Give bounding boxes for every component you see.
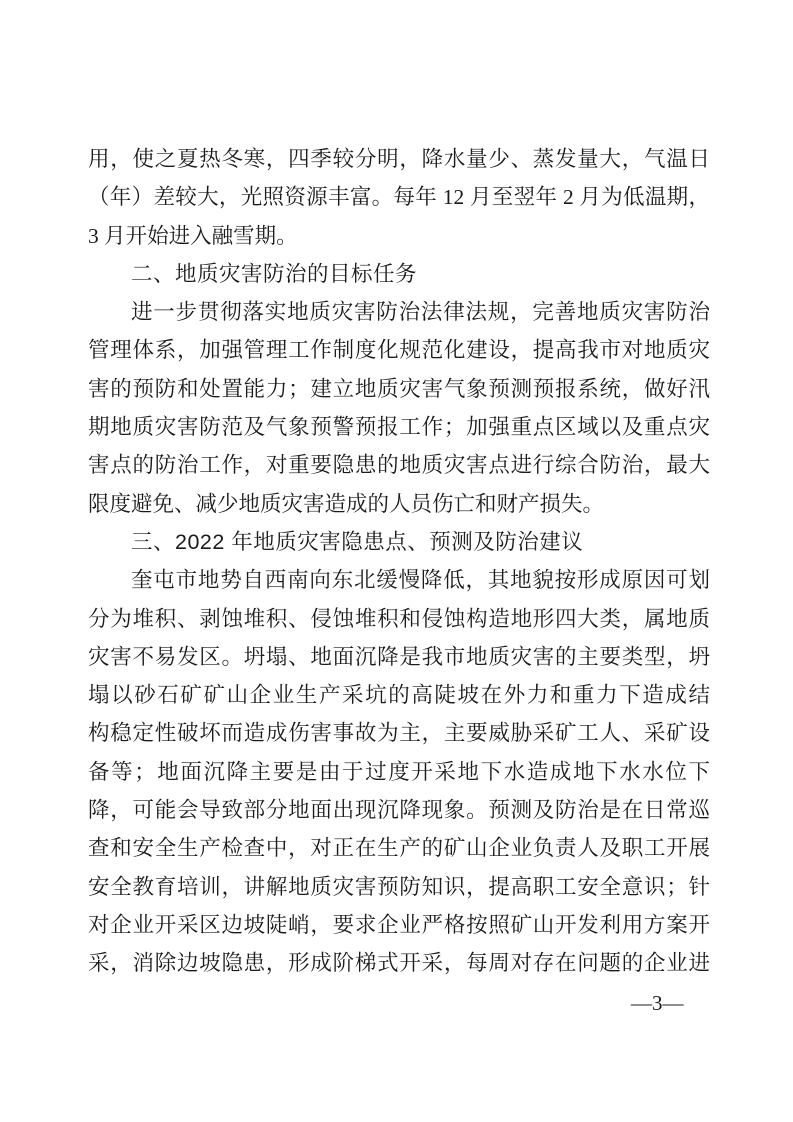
body-text-line: 降，可能会导致部分地面出现沉降现象。预测及防治是在日常巡: [88, 791, 710, 829]
body-text-line: 用，使之夏热冬寒，四季较分明，降水量少、蒸发量大，气温日: [88, 140, 710, 178]
body-text-line: 塌以砂石矿矿山企业生产采坑的高陡坡在外力和重力下造成结: [88, 676, 710, 714]
body-text-line: 奎屯市地势自西南向东北缓慢降低，其地貌按形成原因可划: [88, 561, 710, 599]
body-text-line: 备等；地面沉降主要是由于过度开采地下水造成地下水水位下: [88, 753, 710, 791]
body-text-line: 查和安全生产检查中，对正在生产的矿山企业负责人及职工开展: [88, 829, 710, 867]
document-page: 用，使之夏热冬寒，四季较分明，降水量少、蒸发量大，气温日 （年）差较大，光照资源…: [0, 0, 793, 1122]
section-heading: 三、2022 年地质灾害隐患点、预测及防治建议: [88, 523, 710, 561]
body-text-line: （年）差较大，光照资源丰富。每年 12 月至翌年 2 月为低温期，: [88, 178, 710, 216]
body-text-line: 3 月开始进入融雪期。: [88, 217, 710, 255]
body-text-line: 管理体系，加强管理工作制度化规范化建设，提高我市对地质灾: [88, 331, 710, 369]
body-text-line: 分为堆积、剥蚀堆积、侵蚀堆积和侵蚀构造地形四大类，属地质: [88, 600, 710, 638]
body-text-line: 采，消除边坡隐患，形成阶梯式开采，每周对存在问题的企业进: [88, 944, 710, 982]
body-text-line: 害的预防和处置能力；建立地质灾害气象预测预报系统，做好汛: [88, 370, 710, 408]
page-number: —3—: [631, 991, 684, 1015]
section-heading: 二、地质灾害防治的目标任务: [88, 255, 710, 293]
body-text-line: 害点的防治工作，对重要隐患的地质灾害点进行综合防治，最大: [88, 446, 710, 484]
document-text-area: 用，使之夏热冬寒，四季较分明，降水量少、蒸发量大，气温日 （年）差较大，光照资源…: [88, 140, 710, 983]
body-text-line: 安全教育培训，讲解地质灾害预防知识，提高职工安全意识；针: [88, 868, 710, 906]
body-text-line: 对企业开采区边坡陡峭，要求企业严格按照矿山开发利用方案开: [88, 906, 710, 944]
body-text-line: 期地质灾害防范及气象预警预报工作；加强重点区域以及重点灾: [88, 408, 710, 446]
body-text-line: 限度避免、减少地质灾害造成的人员伤亡和财产损失。: [88, 485, 710, 523]
body-text-line: 进一步贯彻落实地质灾害防治法律法规，完善地质灾害防治: [88, 293, 710, 331]
body-text-line: 构稳定性破坏而造成伤害事故为主，主要威胁采矿工人、采矿设: [88, 714, 710, 752]
body-text-line: 灾害不易发区。坍塌、地面沉降是我市地质灾害的主要类型，坍: [88, 638, 710, 676]
